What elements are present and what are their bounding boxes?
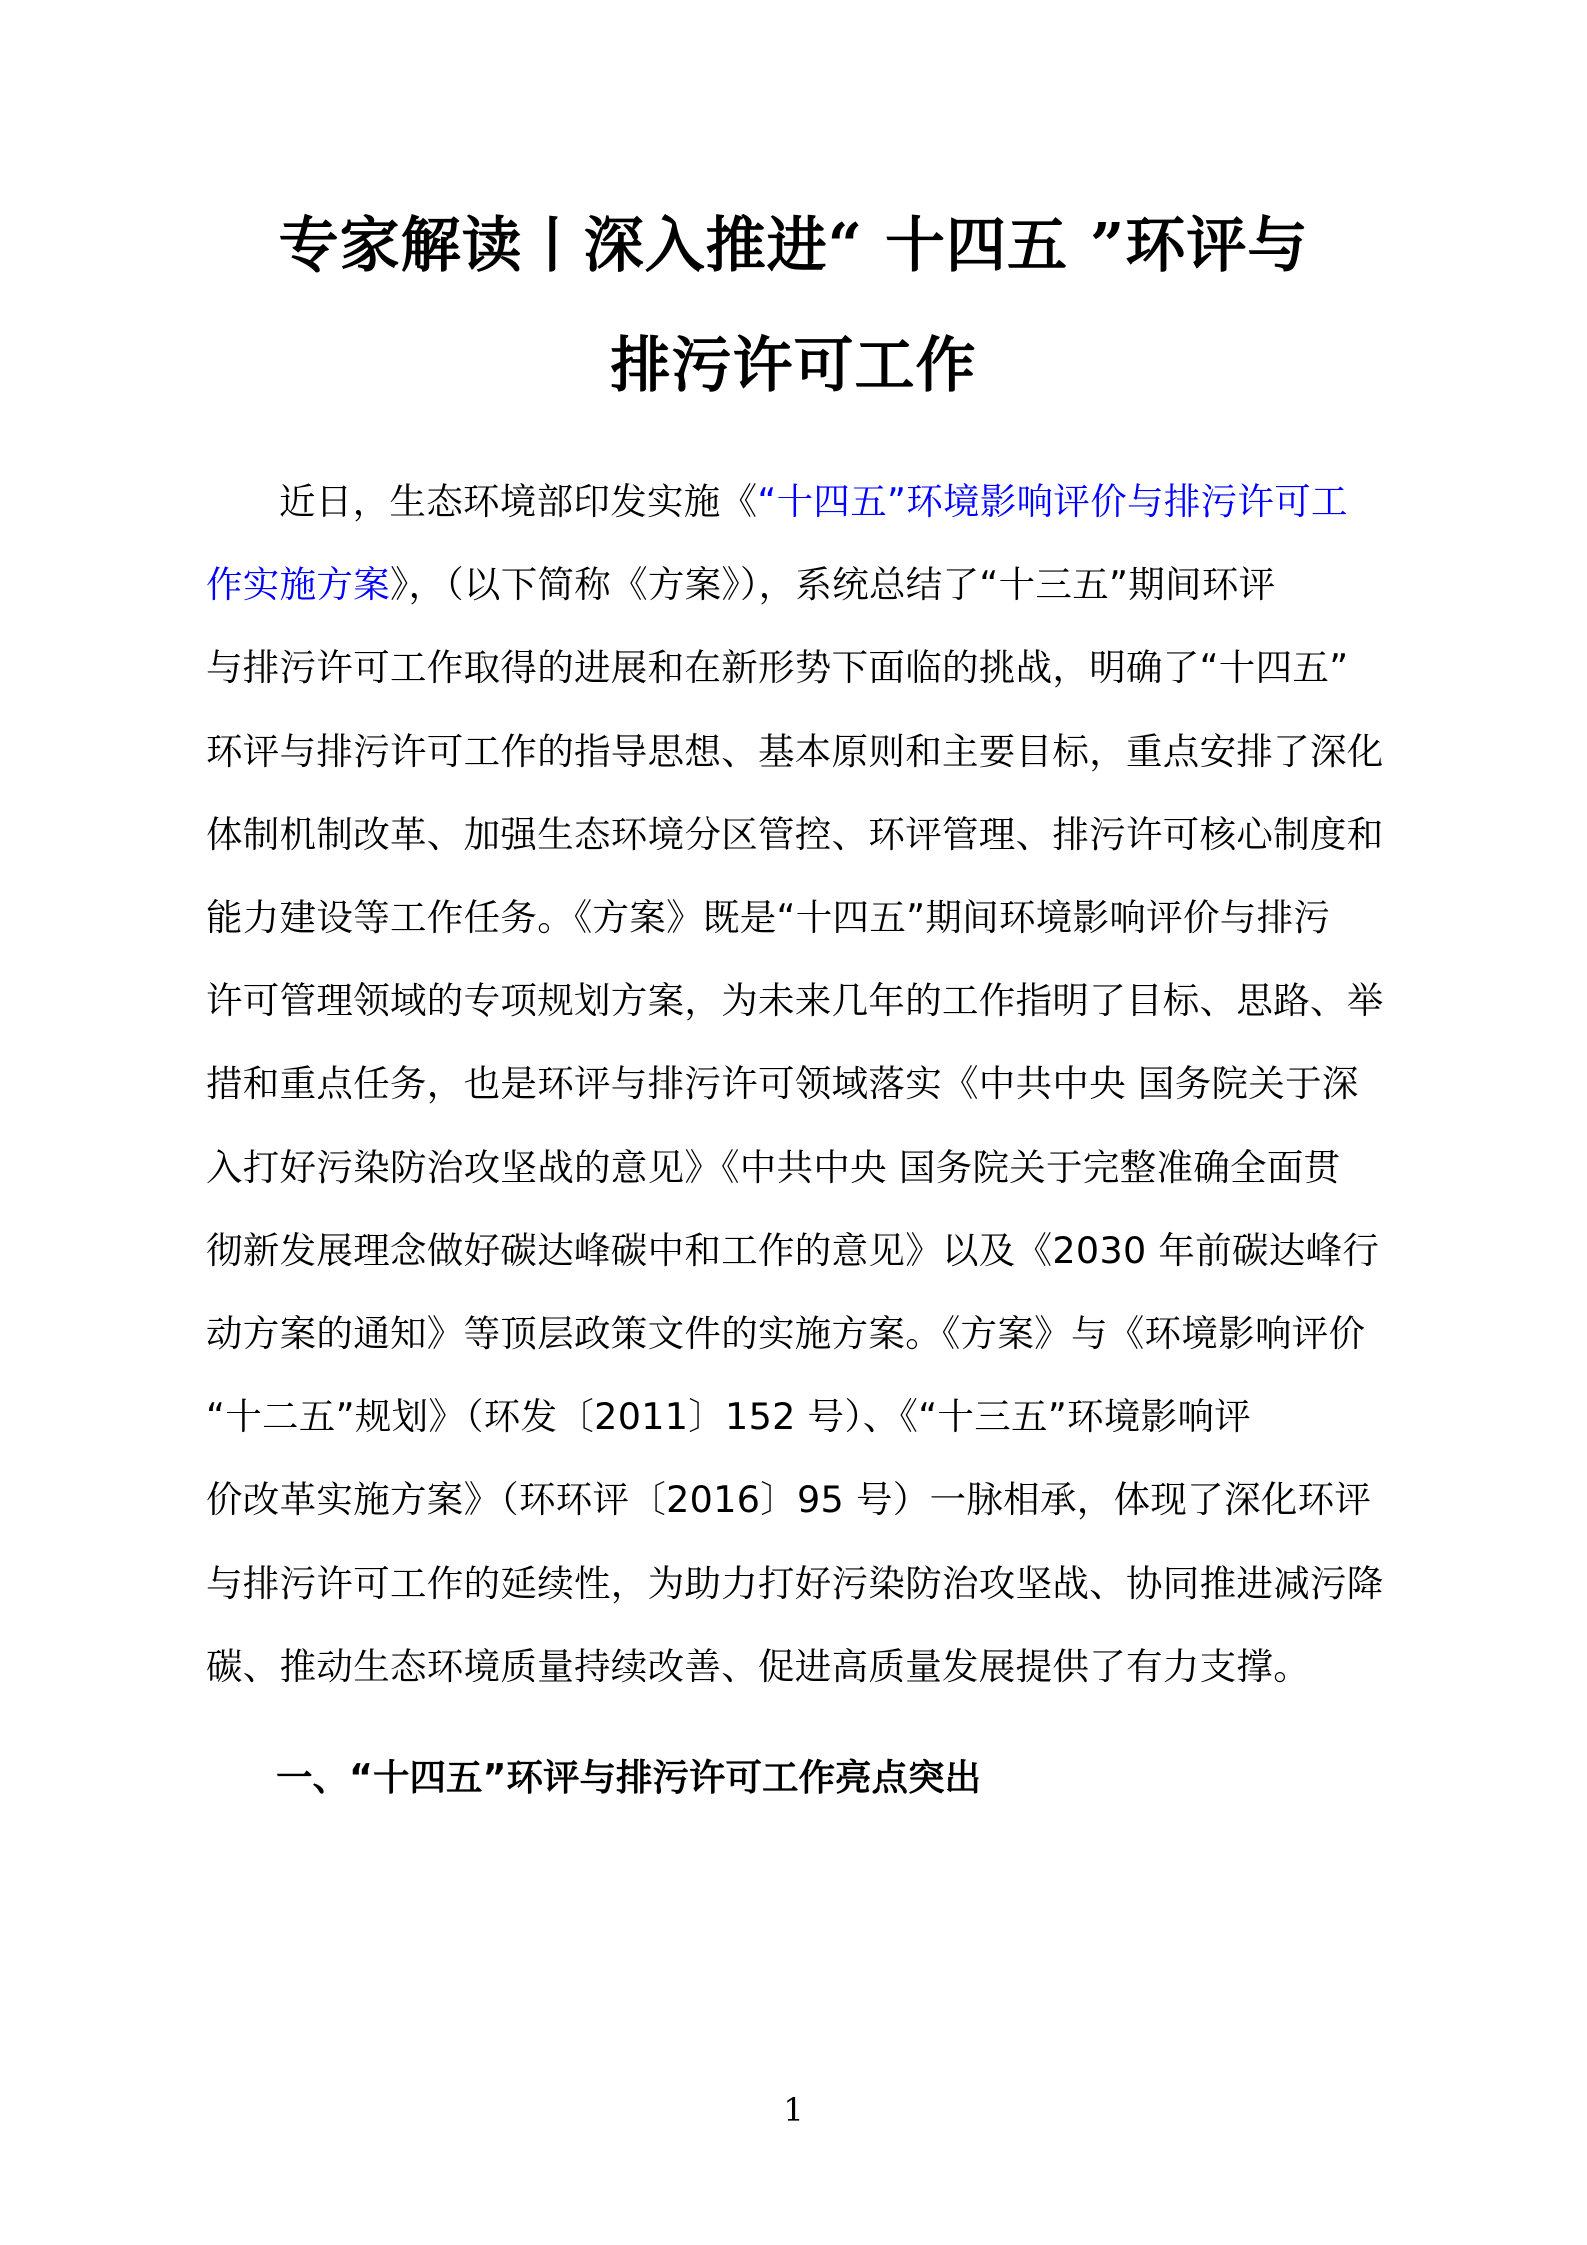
line-text: 》，（以下简称《方案》），系统总结了“十三五”期间环评 [390,563,1275,606]
paragraph-line: 措和重点任务，也是环评与排污许可领域落实《中共中央 国务院关于深 [206,1042,1356,1125]
page-title-line-2: 排污许可工作 [200,326,1387,406]
page-number: 1 [0,2090,1587,2130]
plan-title-link[interactable]: “十四五”环境影响评价与排污许可工 [757,480,1347,523]
page-title-line-1: 专家解读丨深入推进“ 十四五 ”环评与 [200,206,1387,286]
paragraph-line: 与排污许可工作取得的进展和在新形势下面临的挑战，明确了“十四五” [206,626,1356,709]
paragraph-line: 作实施方案》，（以下简称《方案》），系统总结了“十三五”期间环评 [206,543,1356,626]
paragraph-line: 入打好污染防治攻坚战的意见》《中共中央 国务院关于完整准确全面贯 [206,1126,1356,1209]
paragraph-line: 动方案的通知》等顶层政策文件的实施方案。《方案》与《环境影响评价 [206,1292,1356,1375]
paragraph-line: 环评与排污许可工作的指导思想、基本原则和主要目标，重点安排了深化 [206,710,1356,793]
paragraph-line: 体制机制改革、加强生态环境分区管控、环评管理、排污许可核心制度和 [206,793,1356,876]
document-page: 专家解读丨深入推进“ 十四五 ”环评与 排污许可工作 近日，生态环境部印发实施《… [0,0,1587,2245]
paragraph-line: 碳、推动生态环境质量持续改善、促进高质量发展提供了有力支撑。 [206,1625,1356,1708]
paragraph-line: 许可管理领域的专项规划方案，为未来几年的工作指明了目标、思路、举 [206,959,1356,1042]
paragraph-line: “十二五”规划》（环发〔2011〕152 号）、《“十三五”环境影响评 [206,1375,1356,1458]
paragraph-line: 能力建设等工作任务。《方案》既是“十四五”期间环境影响评价与排污 [206,876,1356,959]
paragraph-line: 与排污许可工作的延续性，为助力打好污染防治攻坚战、协同推进减污降 [206,1542,1356,1625]
body-paragraph: 近日，生态环境部印发实施《“十四五”环境影响评价与排污许可工 作实施方案》，（以… [206,460,1356,1708]
paragraph-line: 价改革实施方案》（环环评〔2016〕95 号）一脉相承，体现了深化环评 [206,1458,1356,1541]
paragraph-line: 彻新发展理念做好碳达峰碳中和工作的意见》以及《2030 年前碳达峰行 [206,1209,1356,1292]
line-text: 近日，生态环境部印发实施《 [279,480,757,523]
section-heading: 一、“十四五”环评与排污许可工作亮点突出 [276,1748,981,1808]
paragraph-line: 近日，生态环境部印发实施《“十四五”环境影响评价与排污许可工 [206,460,1356,543]
plan-title-link-continued[interactable]: 作实施方案 [206,563,390,606]
